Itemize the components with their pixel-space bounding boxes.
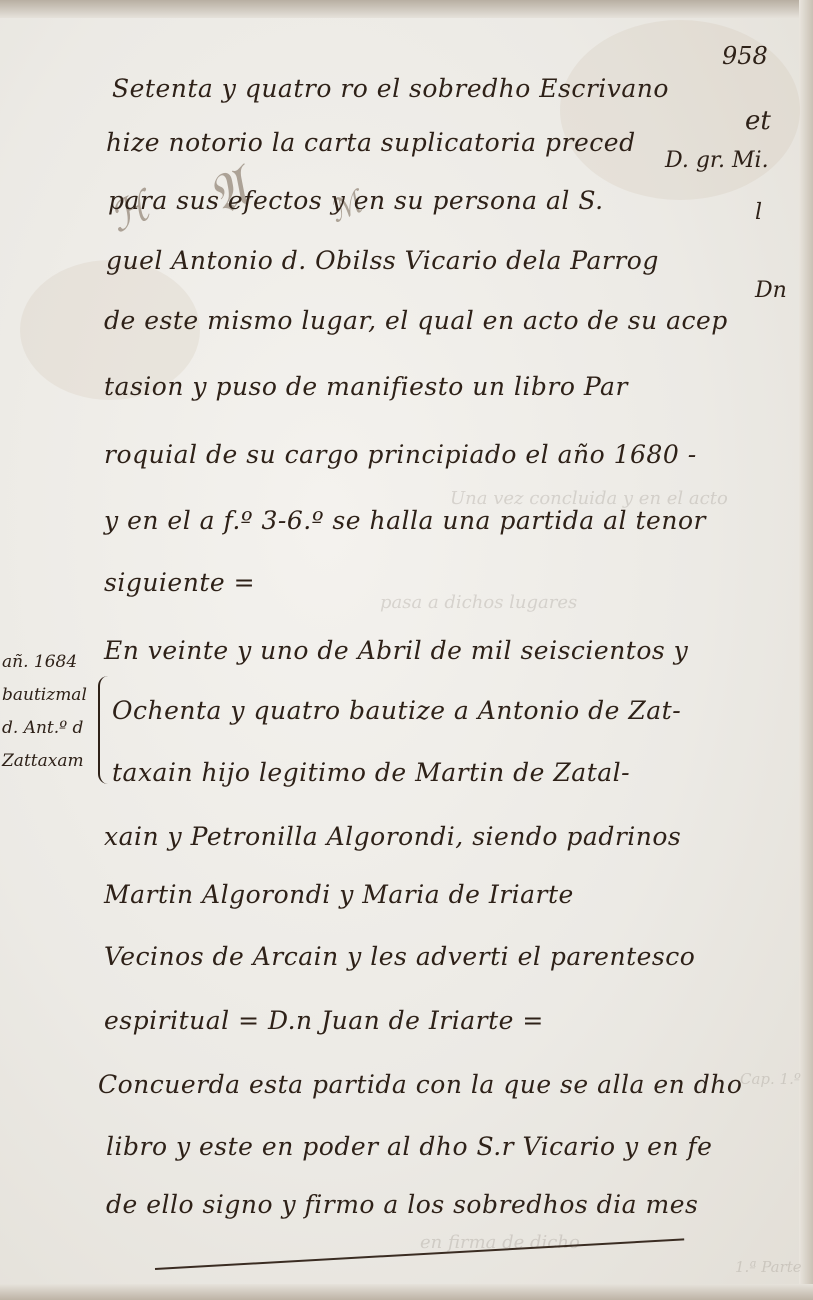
marginal-note-line: Zattaxam (2, 745, 102, 778)
text-line: guel Antonio d. Obilss Vicario dela Parr… (106, 246, 659, 275)
marginal-note-line: añ. 1684 (2, 646, 102, 679)
text-line: En veinte y uno de Abril de mil seiscien… (104, 636, 688, 665)
text-line: libro y este en poder al dho S.r Vicario… (106, 1132, 712, 1161)
bleed-through-text: Cap. 1.º (740, 1070, 801, 1088)
interlinear-note: D. gr. Mi. (665, 148, 769, 173)
interlinear-note: Dn (755, 278, 787, 303)
text-line: y en el a f.º 3-6.º se halla una partida… (104, 506, 706, 535)
text-line: Martin Algorondi y Maria de Iriarte (104, 880, 574, 909)
paper-bottom-edge (0, 1284, 813, 1300)
marginal-brace (98, 676, 112, 784)
text-line: de ello signo y firmo a los sobredhos di… (106, 1190, 698, 1219)
interlinear-note: l (755, 200, 762, 225)
text-line: Ochenta y quatro bautize a Antonio de Za… (112, 696, 681, 725)
folio-number: 958 (722, 42, 768, 70)
text-line: roquial de su cargo principiado el año 1… (104, 440, 697, 469)
text-line: Vecinos de Arcain y les adverti el paren… (104, 942, 695, 971)
text-line: taxain hijo legitimo de Martin de Zatal- (112, 758, 630, 787)
interlinear-note: et (745, 106, 771, 136)
manuscript-page: Una vez concluida y en el acto pasa a di… (0, 0, 813, 1300)
marginal-note-line: bautizmal (2, 679, 102, 712)
text-line: xain y Petronilla Algorondi, siendo padr… (104, 822, 681, 851)
bleed-through-text: 1.ª Parte (735, 1258, 802, 1276)
text-line: Setenta y quatro ro el sobredho Escrivan… (112, 74, 669, 103)
text-line: Concuerda esta partida con la que se all… (98, 1070, 742, 1099)
text-line: hize notorio la carta suplicatoria prece… (106, 128, 636, 157)
text-line: de este mismo lugar, el qual en acto de … (104, 306, 728, 335)
text-line: espiritual = D.n Juan de Iriarte = (104, 1006, 544, 1035)
text-line: tasion y puso de manifiesto un libro Par (104, 372, 628, 401)
text-line: siguiente = (104, 568, 255, 597)
marginal-note-line: d. Ant.º d (2, 712, 102, 745)
paper-top-edge (0, 0, 813, 18)
paper-right-edge (799, 0, 813, 1300)
bleed-through-text: pasa a dichos lugares (380, 592, 577, 613)
text-line: para sus efectos y en su persona al S. (108, 186, 604, 215)
marginal-note: añ. 1684 bautizmal d. Ant.º d Zattaxam (2, 646, 102, 778)
